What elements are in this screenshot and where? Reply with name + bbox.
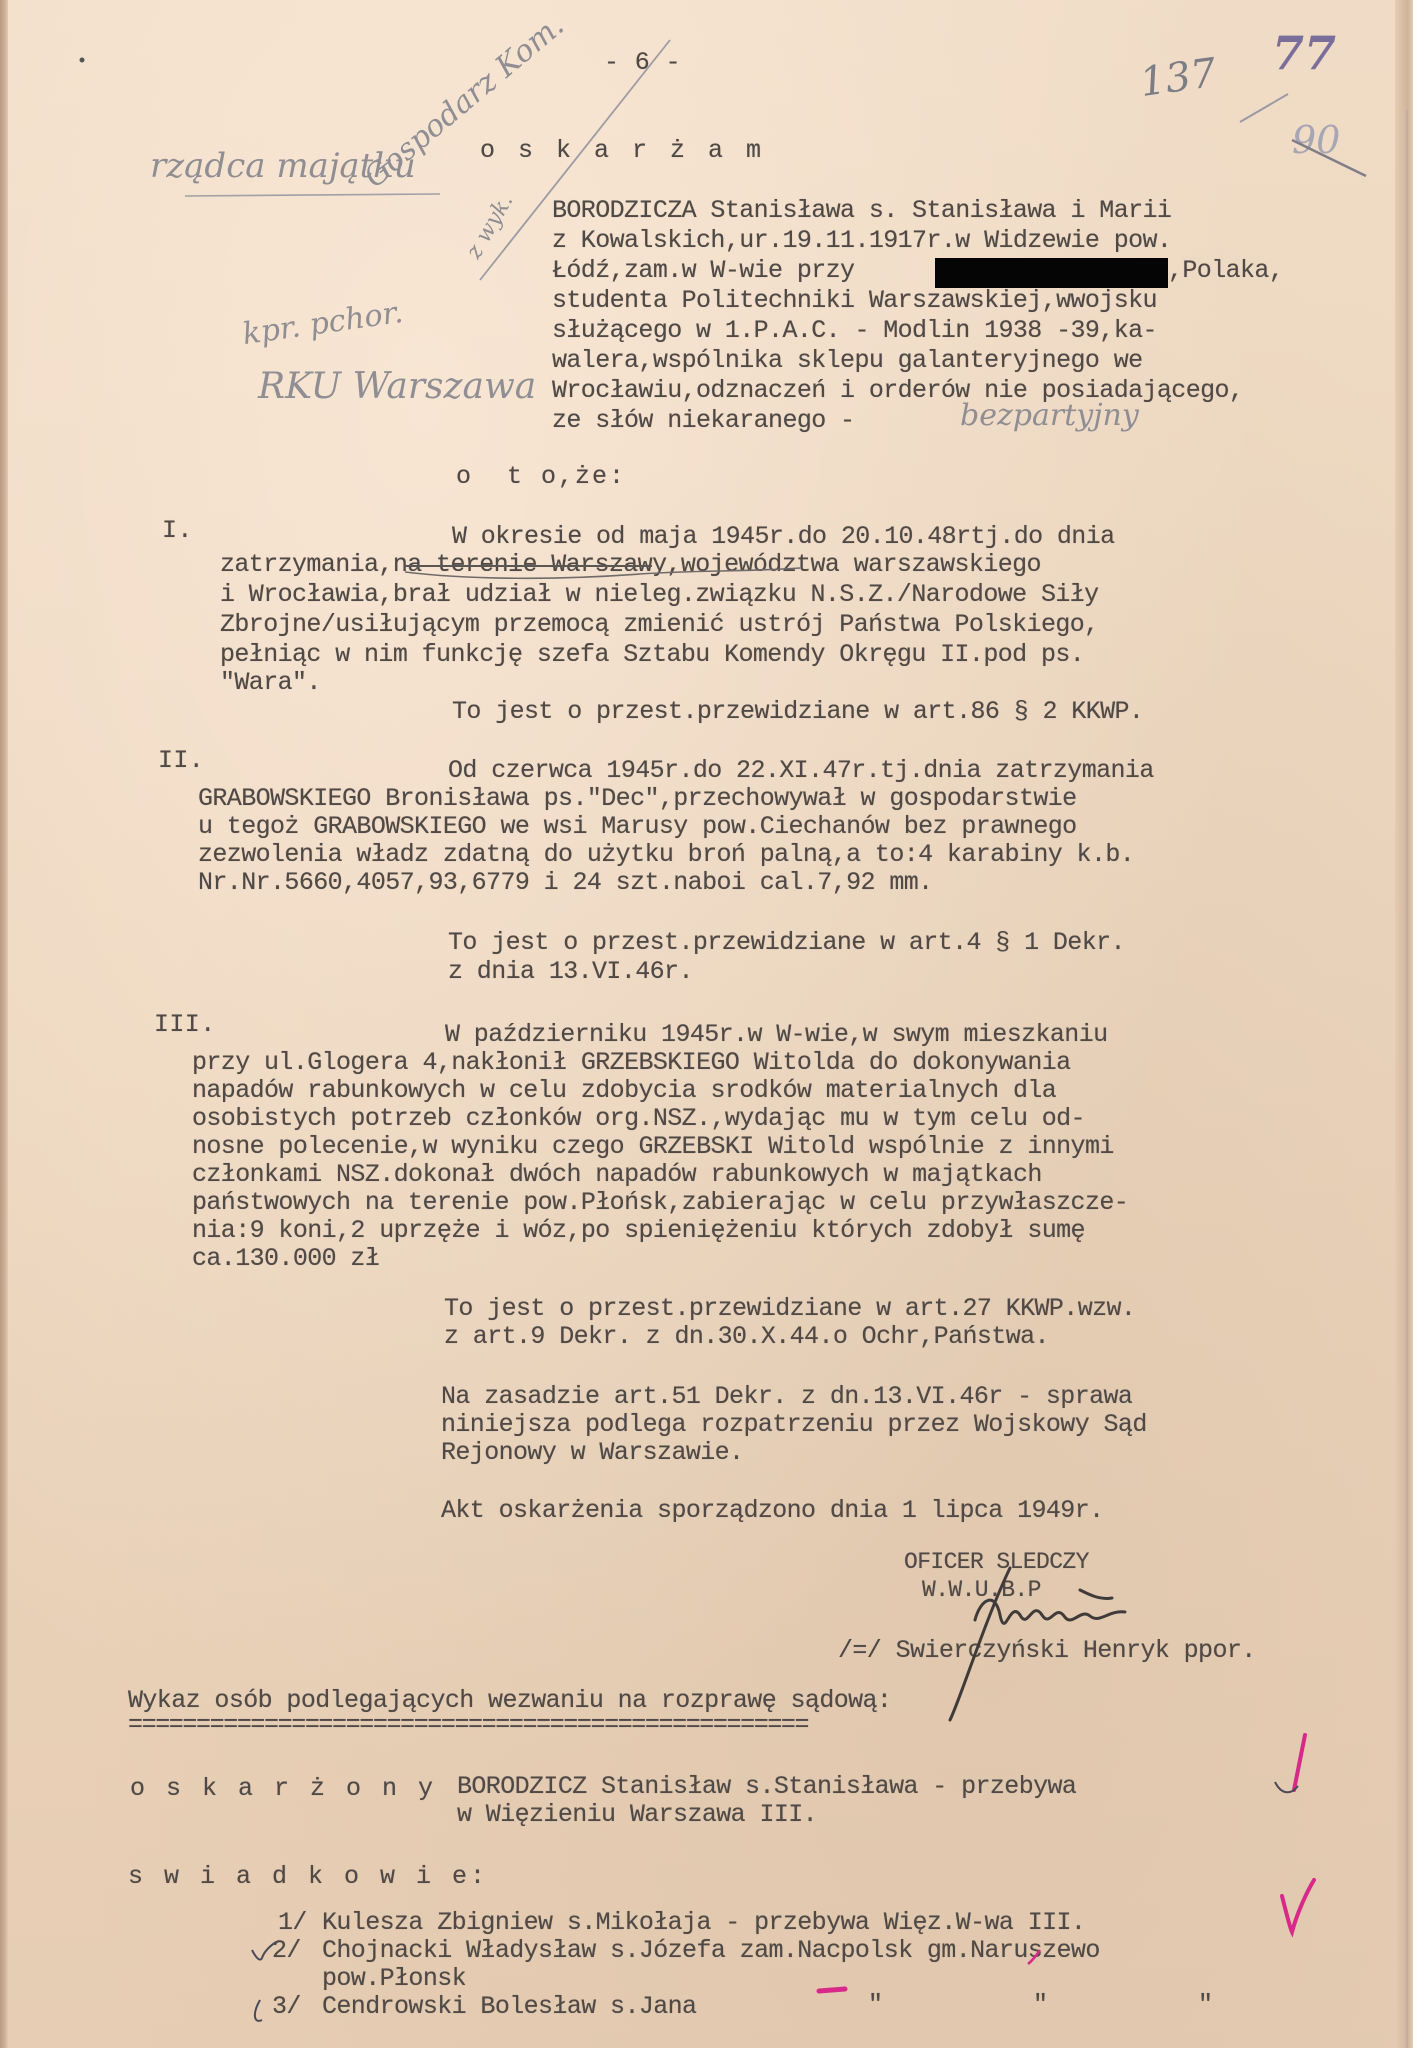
charge-line: i Wrocławia,brał udział w nieleg.związku… <box>220 580 1099 609</box>
witnesses-label: s w i a d k o w i e: <box>128 1862 488 1891</box>
charge-line: nia:9 koni,2 uprzęże i wóz,po spieniężen… <box>192 1216 1085 1245</box>
folio-mark-77: 77 <box>1272 26 1336 80</box>
charge-intro: o t o,że: <box>456 462 626 491</box>
page-number: - 6 - <box>604 48 681 77</box>
pencil-underline-icon <box>185 194 440 196</box>
witness-number: 1/ <box>278 1908 307 1937</box>
charge-line: napadów rabunkowych w celu zdobycia srod… <box>192 1076 1056 1105</box>
record-line: Łódź,zam.w W-wie przy <box>552 256 854 285</box>
margin-note-kpr-pchor: kpr. pchor. <box>240 295 405 352</box>
ditto-marks: " " " <box>868 1990 1213 2019</box>
folio-mark-90: 90 <box>1292 118 1340 162</box>
charge-line: W październiku 1945r.w W-wie,w swym mies… <box>445 1020 1108 1049</box>
charge-numeral: II. <box>158 746 204 775</box>
charge-line: W okresie od maja 1945r.do 20.10.48rtj.d… <box>452 522 1115 551</box>
double-rule: ========================================… <box>128 1710 808 1739</box>
accused-entry-line: BORODZICZ Stanisław s.Stanisława - przeb… <box>457 1772 1076 1801</box>
officer-name: /=/ Swierczyński Henryk ppor. <box>838 1636 1256 1665</box>
charge-line: "Wara". <box>220 668 321 697</box>
margin-note-rzadca: rządca majątku <box>150 146 416 186</box>
record-line: służącego w 1.P.A.C. - Modlin 1938 -39,k… <box>552 316 1157 345</box>
charge-line: osobistych potrzeb członków org.NSZ.,wyd… <box>192 1104 1085 1133</box>
margin-note-rku-warszawa: RKU Warszawa <box>258 366 536 407</box>
charge-line: pełniąc w nim funkcję szefa Sztabu Komen… <box>220 640 1084 669</box>
officer-title: OFICER SLEDCZY <box>904 1548 1089 1577</box>
witness-line: pow.Płonsk <box>322 1964 466 1993</box>
record-line-tail: ,Polaka, <box>1168 256 1283 285</box>
charge-line: u tegoż GRABOWSKIEGO we wsi Marusy pow.C… <box>198 812 1077 841</box>
legal-basis: To jest o przest.przewidziane w art.4 § … <box>448 928 1125 957</box>
redaction-bar <box>935 258 1168 288</box>
charge-line: zezwolenia władz zdatną do użytku broń p… <box>198 840 1134 869</box>
margin-note-bezpartyjny: bezpartyjny <box>960 398 1139 433</box>
witness-line: Cendrowski Bolesław s.Jana <box>322 1992 696 2021</box>
witness-number: 2/ <box>272 1936 301 1965</box>
charge-line: nosne polecenie,w wyniku czego GRZEBSKI … <box>192 1132 1114 1161</box>
record-line: ze słów niekaranego - <box>552 406 854 435</box>
jurisdiction-line: niniejsza podlega rozpatrzeniu przez Woj… <box>441 1410 1147 1439</box>
margin-note-z-wyk: z wyk. <box>462 190 519 263</box>
charge-numeral: III. <box>154 1010 216 1039</box>
legal-basis: z art.9 Dekr. z dn.30.X.44.o Ochr,Państw… <box>444 1322 1049 1351</box>
folio-mark-137: 137 <box>1137 50 1219 106</box>
charge-line: Od czerwca 1945r.do 22.XI.47r.tj.dnia za… <box>448 756 1154 785</box>
accused-label: o s k a r ż o n y <box>130 1774 436 1803</box>
witness-line: Kulesza Zbigniew s.Mikołaja - przebywa W… <box>322 1908 1085 1937</box>
record-line: BORODZICZA Stanisława s. Stanisława i Ma… <box>552 196 1171 225</box>
date-line: Akt oskarżenia sporządzono dnia 1 lipca … <box>441 1496 1104 1525</box>
legal-basis: z dnia 13.VI.46r. <box>448 957 693 986</box>
heading-oskarzam: o s k a r ż a m <box>480 136 765 165</box>
charge-line: Zbrojne/usiłującym przemocą zmienić ustr… <box>220 610 1099 639</box>
accused-entry-line: w Więzieniu Warszawa III. <box>457 1800 817 1829</box>
paper-fold-line <box>1406 110 1408 2048</box>
strikethrough <box>404 565 652 567</box>
record-line: Wrocławiu,odznaczeń i orderów nie posiad… <box>552 376 1243 405</box>
charge-line: GRABOWSKIEGO Bronisława ps."Dec",przecho… <box>198 784 1077 813</box>
witness-number: 3/ <box>272 1992 301 2021</box>
jurisdiction-line: Rejonowy w Warszawie. <box>441 1438 743 1467</box>
charge-line: ca.130.000 zł <box>192 1244 379 1273</box>
paper-left-edge <box>0 0 8 2048</box>
pencil-tick-icon <box>255 2000 262 2021</box>
jurisdiction-line: Na zasadzie art.51 Dekr. z dn.13.VI.46r … <box>441 1382 1132 1411</box>
record-line: z Kowalskich,ur.19.11.1917r.w Widzewie p… <box>552 226 1171 255</box>
pencil-slash-icon <box>1240 94 1288 122</box>
speck-icon <box>80 58 85 63</box>
charge-numeral: I. <box>162 516 193 545</box>
pink-check-icon <box>1275 1735 1305 1792</box>
charge-line: Nr.Nr.5660,4057,93,6779 i 24 szt.naboi c… <box>198 868 933 897</box>
legal-basis: To jest o przest.przewidziane w art.86 §… <box>452 697 1143 726</box>
paper-right-edge <box>1395 0 1413 2048</box>
witness-line: Chojnacki Władysław s.Józefa zam.Nacpols… <box>322 1936 1100 1965</box>
record-line: walera,wspólnika sklepu galanteryjnego w… <box>552 346 1143 375</box>
record-line: studenta Politechniki Warszawskiej,wwojs… <box>552 286 1157 315</box>
charge-line: przy ul.Glogera 4,nakłonił GRZEBSKIEGO W… <box>192 1048 1071 1077</box>
charge-line: państwowych na terenie pow.Płońsk,zabier… <box>192 1188 1128 1217</box>
legal-basis: To jest o przest.przewidziane w art.27 K… <box>444 1294 1135 1323</box>
officer-unit: W.W.U.B.P <box>922 1576 1041 1605</box>
pink-dash-icon <box>819 1989 845 1991</box>
charge-line: członkami NSZ.dokonał dwóch napadów rabu… <box>192 1160 1042 1189</box>
pink-check-icon <box>1282 1880 1314 1932</box>
document-page: - 6 - 137 77 90 Gospodarz Kom. rządca ma… <box>0 0 1413 2048</box>
